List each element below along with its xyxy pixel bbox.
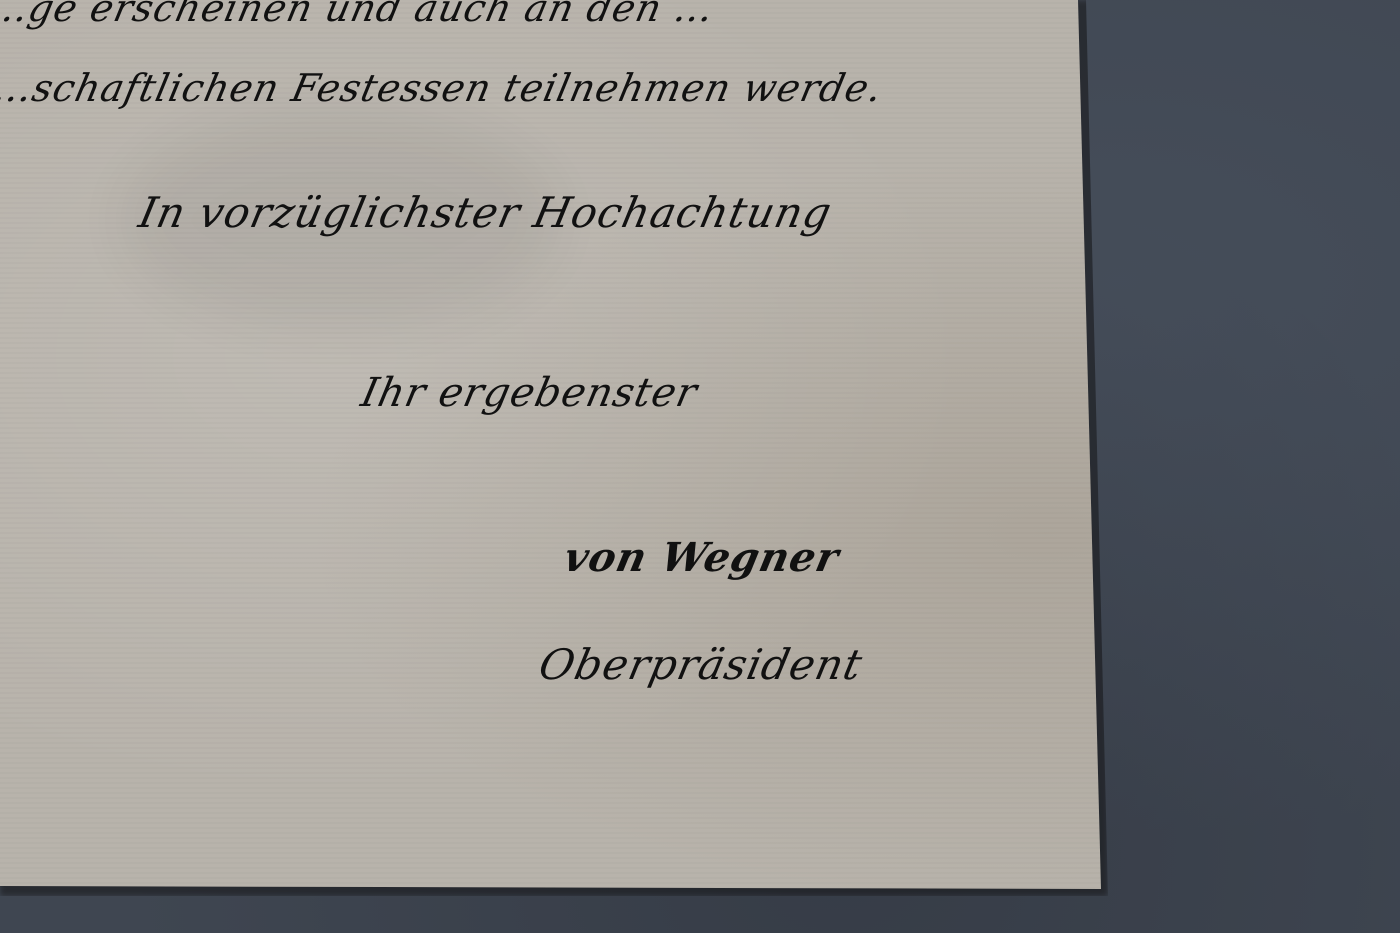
signatory-title: Oberpräsident [535, 640, 867, 689]
letter-body-line-2: …schaftlichen Festessen teilnehmen werde… [0, 66, 887, 110]
valediction: Ihr ergebenster [357, 370, 702, 416]
letter-body-line-1: …ge erscheinen und auch an den … [0, 0, 719, 30]
complimentary-close: In vorzüglichster Hochachtung [135, 188, 837, 237]
letter-page: …ge erscheinen und auch an den … …schaft… [0, 0, 1101, 889]
signature: von Wegner [560, 534, 844, 581]
